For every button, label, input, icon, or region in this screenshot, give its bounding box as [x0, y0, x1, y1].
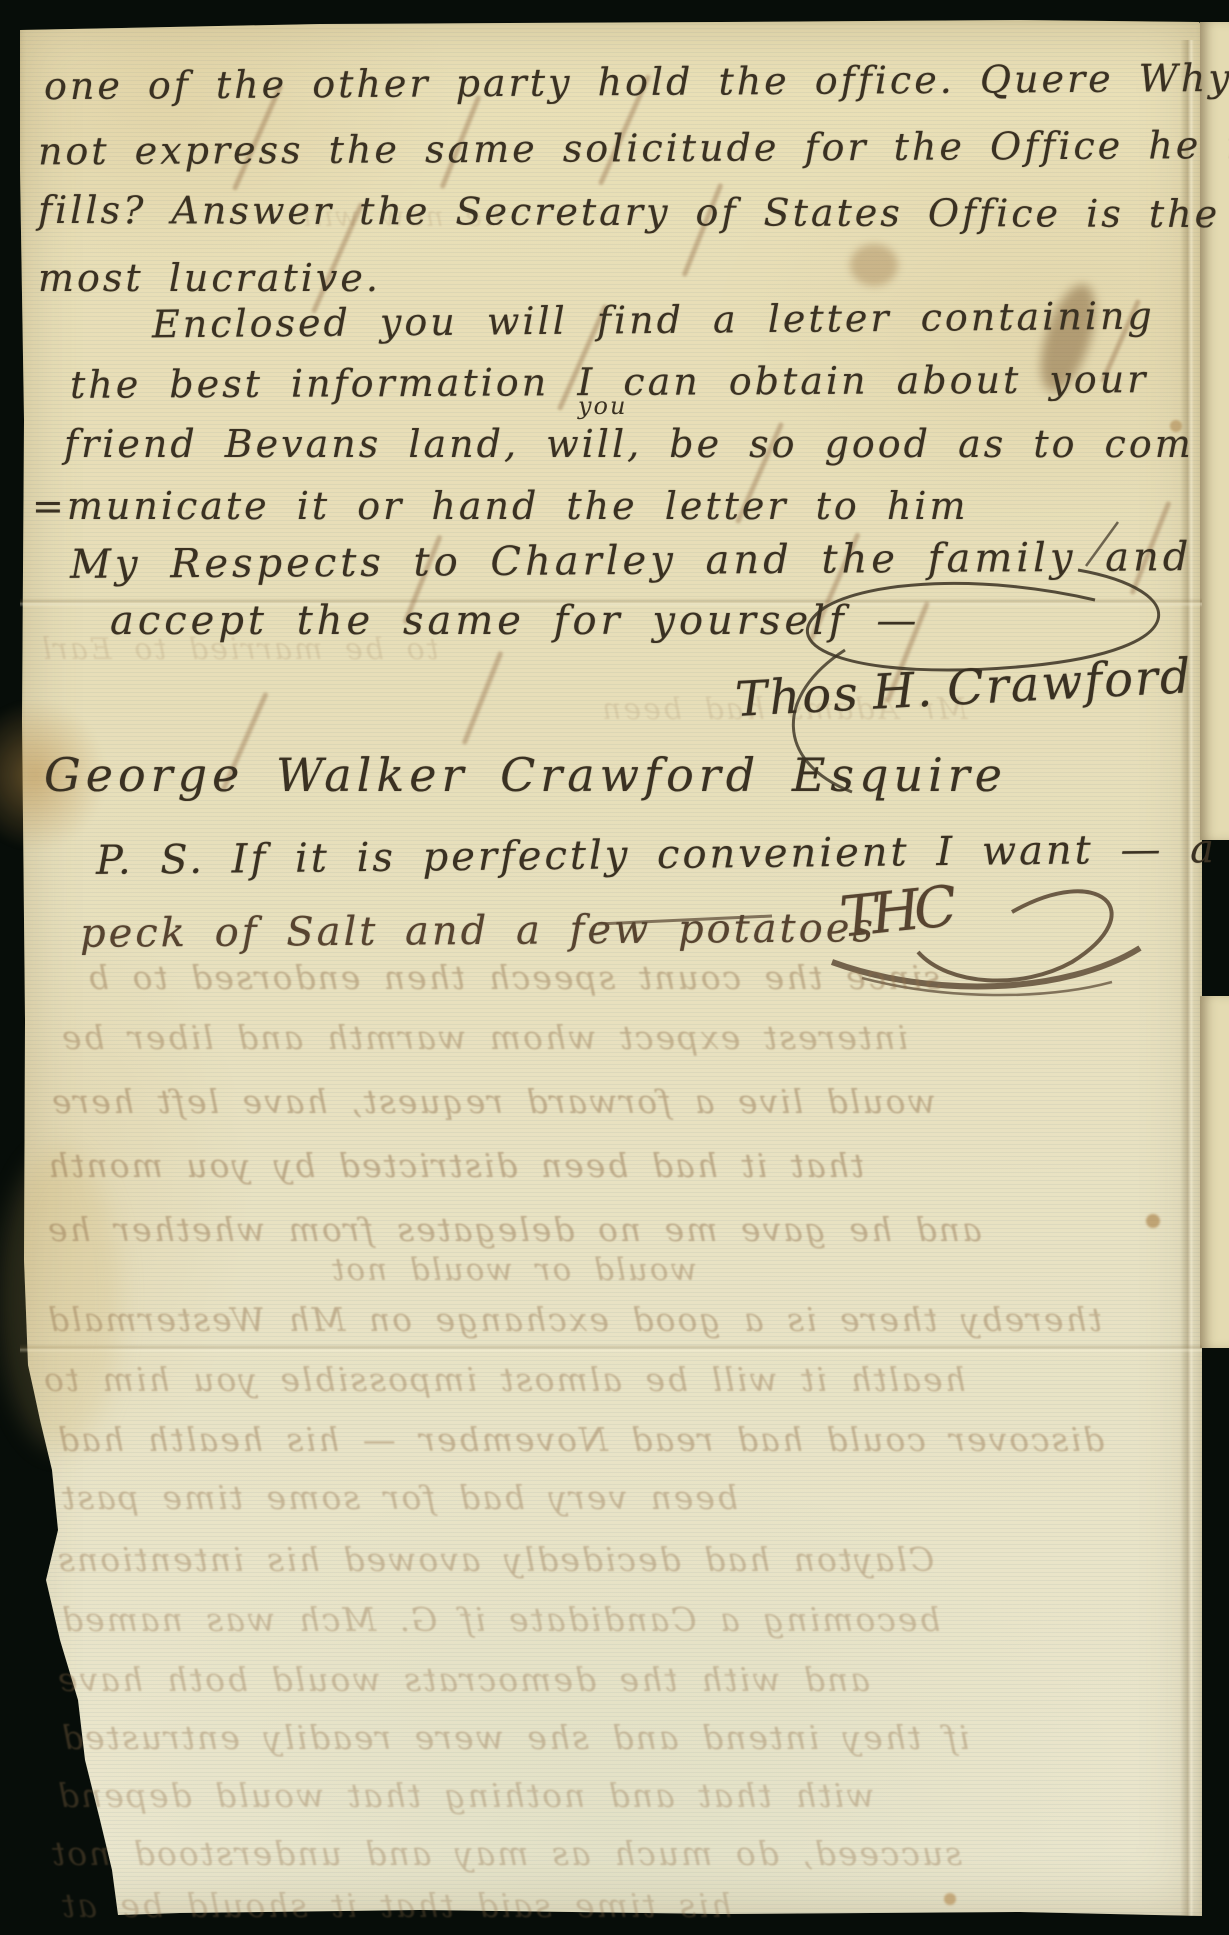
- bleedthrough-line: would or would not: [330, 1252, 697, 1288]
- letter-line: not express the same solicitude for the …: [38, 123, 1229, 174]
- bleedthrough-line: his time said that it should be at: [60, 1886, 732, 1925]
- addressee-line: George Walker Crawford Esquire: [44, 748, 1007, 802]
- letter-line: fills? Answer the Secretary of States Of…: [38, 188, 1220, 236]
- vertical-fold-crease: [1180, 40, 1194, 1935]
- bleedthrough-line: becoming a Candidate if G. Mch was named: [60, 1600, 940, 1639]
- postscript-line: peck of Salt and a few potatoes: [80, 905, 876, 957]
- bleedthrough-line: if they intend and she were readily entr…: [60, 1718, 970, 1757]
- scan-background: to be married to Earl Mr Adams had been …: [0, 0, 1229, 1935]
- second-leaf-edge-lower: [1200, 996, 1229, 1348]
- bleedthrough-line: and with the democrats would both have: [56, 1660, 870, 1699]
- bleedthrough-line: would live a forward request, have left …: [50, 1082, 936, 1121]
- bleedthrough-line: discover could had read November — his h…: [56, 1420, 1104, 1459]
- bleedthrough-line: interest expect whom warmth and liber be: [60, 1018, 908, 1057]
- letter-line: accept the same for yourself —: [110, 598, 920, 644]
- bleedthrough-line: thereby there is a good exchange on Mh W…: [46, 1300, 1102, 1339]
- bleedthrough-line: health it will be almost impossible you …: [42, 1360, 966, 1399]
- bleedthrough-line: since the count speech then endorsed to …: [86, 958, 941, 997]
- bleedthrough-line: that it had been districted by you month: [46, 1146, 864, 1185]
- bleedthrough-line: and he gave me no delegates from whether…: [46, 1210, 982, 1249]
- letter-line: friend Bevans land, will, be so good as …: [64, 422, 1194, 466]
- letter-line: most lucrative.: [38, 256, 381, 300]
- letter-line: =municate it or hand the letter to him: [32, 484, 969, 528]
- letter-line: My Respects to Charley and the family an…: [70, 534, 1193, 588]
- bleedthrough-line: been very bad for some time past: [60, 1478, 738, 1517]
- inserted-word: you: [578, 392, 627, 420]
- bleedthrough-line: with that and nothing that would depend: [56, 1776, 875, 1815]
- letter-line: Enclosed you will find a letter containi…: [152, 294, 1155, 347]
- bleedthrough-line: Clayton had decidedly avowed his intenti…: [56, 1540, 934, 1579]
- monogram-initials: THC: [837, 874, 954, 950]
- bleedthrough-line: succeed, do much as may and understood n…: [50, 1834, 962, 1873]
- letter-line: one of the other party hold the office. …: [44, 56, 1229, 108]
